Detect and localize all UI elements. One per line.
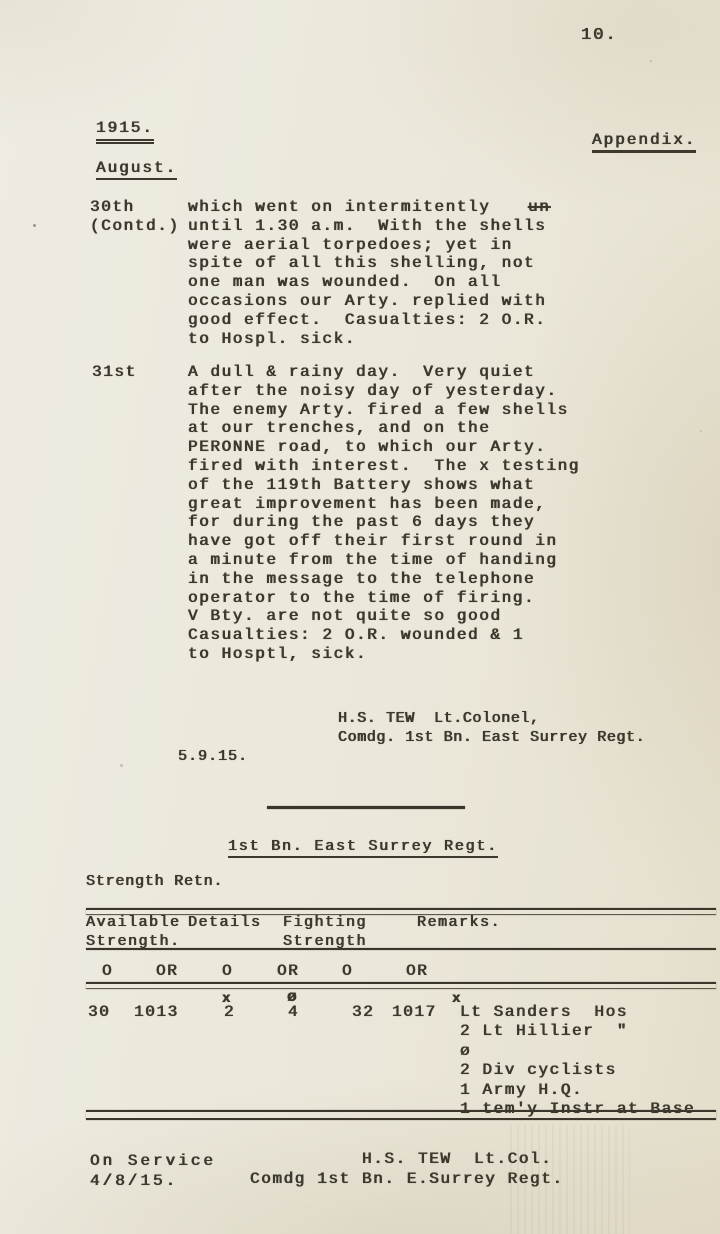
value-fighting-o: 32 — [352, 1003, 374, 1021]
section-divider — [267, 806, 465, 809]
on-service-label: On Service — [90, 1152, 216, 1170]
entry-date-label: 30th (Contd.) — [90, 198, 180, 236]
entry-date-label: 31st — [92, 363, 137, 382]
struck-word: un — [528, 198, 550, 217]
year-heading: 1915. — [96, 119, 154, 144]
footer-signature-name: H.S. TEW Lt.Col. — [362, 1150, 552, 1168]
value-available-o: 30 — [88, 1003, 110, 1021]
column-header-available-strength: Available Strength. — [86, 914, 181, 951]
value-details-o: 2 — [224, 1003, 235, 1021]
subheader-fighting-o: O — [342, 962, 353, 980]
on-service-date: 4/8/15. — [90, 1172, 178, 1190]
footer-signature-unit: Comdg 1st Bn. E.Surrey Regt. — [250, 1170, 564, 1188]
table-rule-bottom — [86, 1110, 716, 1120]
column-header-fighting-strength: Fighting Strength — [283, 914, 367, 951]
subheader-available-or: OR — [156, 962, 178, 980]
paper-speck — [33, 224, 36, 227]
return-title: 1st Bn. East Surrey Regt. — [228, 838, 498, 858]
signature-date: 5.9.15. — [178, 748, 248, 765]
subheader-available-o: O — [102, 962, 113, 980]
signature-unit: Comdg. 1st Bn. East Surrey Regt. — [338, 729, 645, 746]
column-header-remarks: Remarks. — [417, 914, 501, 933]
subheader-fighting-or: OR — [406, 962, 428, 980]
diary-page: 10. 1915. Appendix. August. 30th (Contd.… — [0, 0, 720, 1234]
column-header-details: Details — [188, 914, 262, 933]
entry-body: A dull & rainy day. Very quiet after the… — [188, 363, 580, 664]
appendix-heading: Appendix. — [592, 131, 696, 153]
remarks-cell: Lt Sanders Hos 2 Lt Hillier " ø 2 Div cy… — [460, 1003, 695, 1119]
value-available-or: 1013 — [134, 1003, 179, 1021]
return-caption: Strength Retn. — [86, 873, 223, 890]
paper-speck — [700, 430, 702, 432]
entry-body: which went on intermitently until 1.30 a… — [188, 198, 546, 348]
paper-speck — [120, 764, 123, 767]
value-details-or: 4 — [288, 1003, 299, 1021]
paper-speck — [650, 60, 652, 62]
table-rule-under-subheader — [86, 982, 716, 989]
signature-name: H.S. TEW Lt.Colonel, — [338, 710, 540, 727]
month-heading: August. — [96, 159, 177, 180]
subheader-details-or: OR — [277, 962, 299, 980]
page-number: 10. — [581, 26, 618, 45]
value-fighting-or: 1017 — [392, 1003, 437, 1021]
table-rule-under-header — [86, 948, 716, 950]
subheader-details-o: O — [222, 962, 233, 980]
